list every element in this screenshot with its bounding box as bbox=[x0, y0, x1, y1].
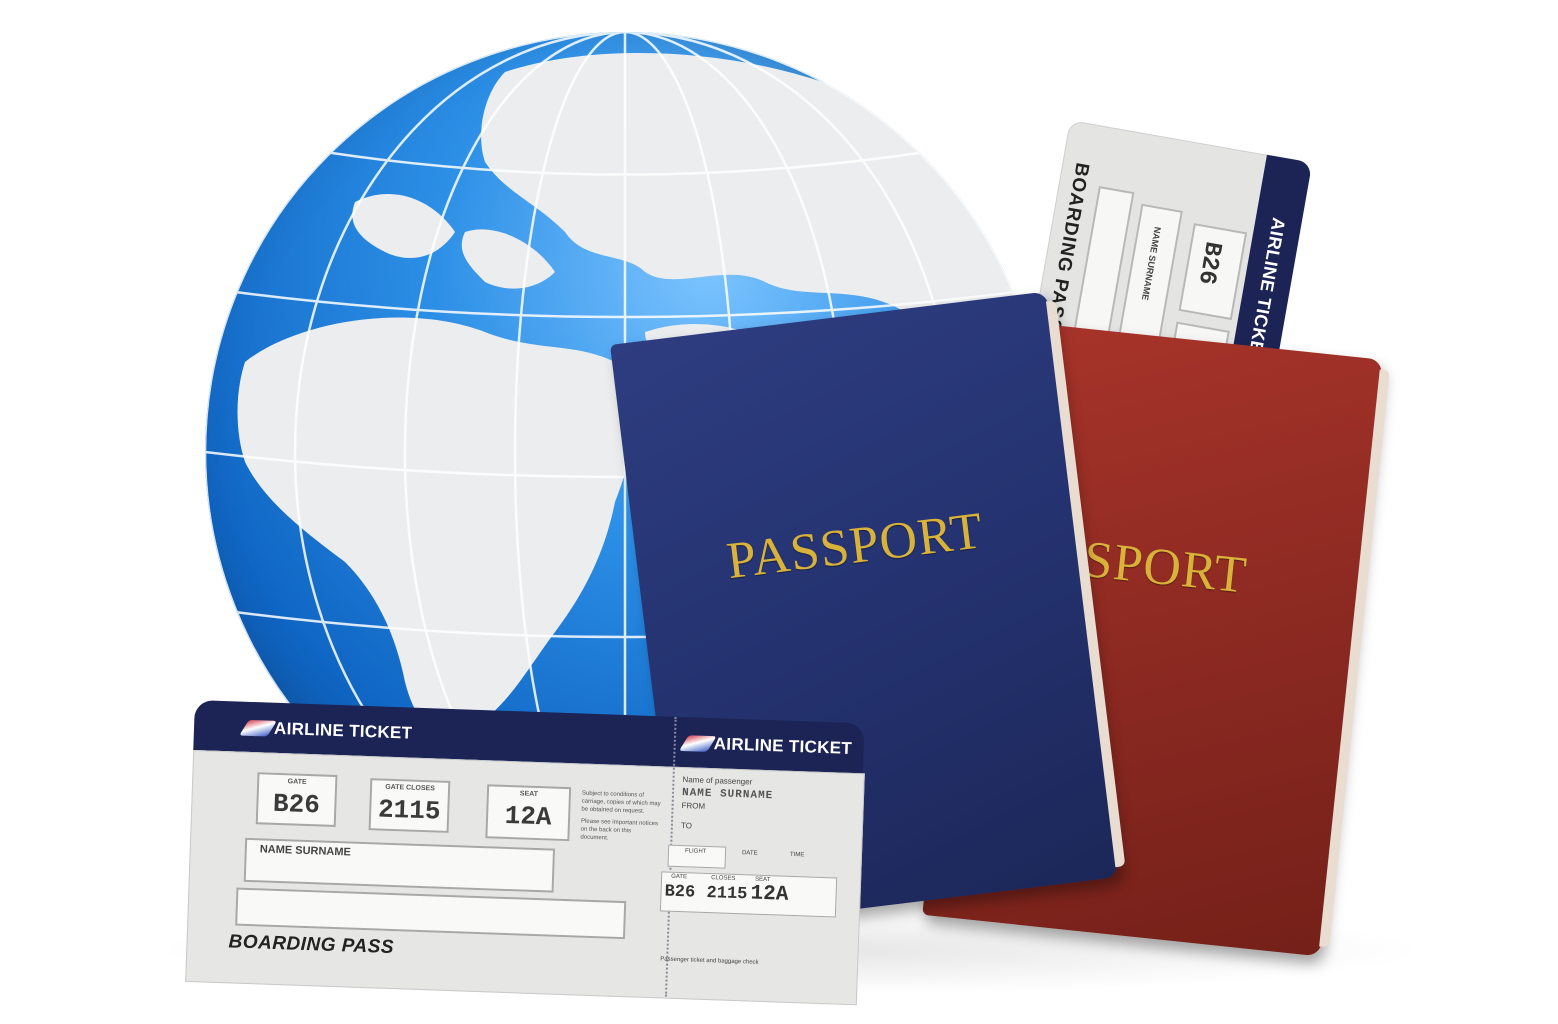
gate-label: GATE bbox=[259, 777, 335, 787]
gate-closes-label: GATE CLOSES bbox=[372, 783, 448, 793]
gate-closes-box: GATE CLOSES 2115 bbox=[369, 778, 451, 833]
fine-print-1: Subject to conditions of carriage, copie… bbox=[581, 790, 662, 817]
stub-gate-value: B26 bbox=[664, 883, 695, 903]
gate-value: B26 bbox=[258, 788, 335, 821]
stub-gate-label: GATE bbox=[671, 874, 687, 881]
passport-pages bbox=[1319, 370, 1390, 948]
gate-box: GATE B26 bbox=[256, 772, 338, 827]
to-label: TO bbox=[681, 821, 692, 830]
from-label: FROM bbox=[681, 801, 705, 811]
travel-scene: AIRLINE TICKET BOARDING PASS NAME SURNAM… bbox=[0, 0, 1558, 1024]
flight-label: FLIGHT bbox=[685, 848, 707, 855]
seat-value: 12A bbox=[488, 800, 569, 833]
seat-box: SEAT 12A bbox=[485, 784, 571, 841]
front-airline-ticket: AIRLINE TICKET AIRLINE TICKET GATE B26 G… bbox=[185, 700, 864, 1003]
fine-print-2: Please see important notices on the back… bbox=[580, 818, 661, 845]
stub-closes-label: CLOSES bbox=[711, 875, 736, 882]
stub-closes-value: 2115 bbox=[706, 884, 747, 904]
gate-closes-value: 2115 bbox=[371, 794, 448, 827]
stub-seat-value: 12A bbox=[750, 883, 789, 907]
seat-label: SEAT bbox=[489, 789, 569, 799]
passport-title: PASSPORT bbox=[724, 501, 987, 591]
date-label: DATE bbox=[742, 850, 758, 857]
time-label: TIME bbox=[790, 852, 805, 858]
